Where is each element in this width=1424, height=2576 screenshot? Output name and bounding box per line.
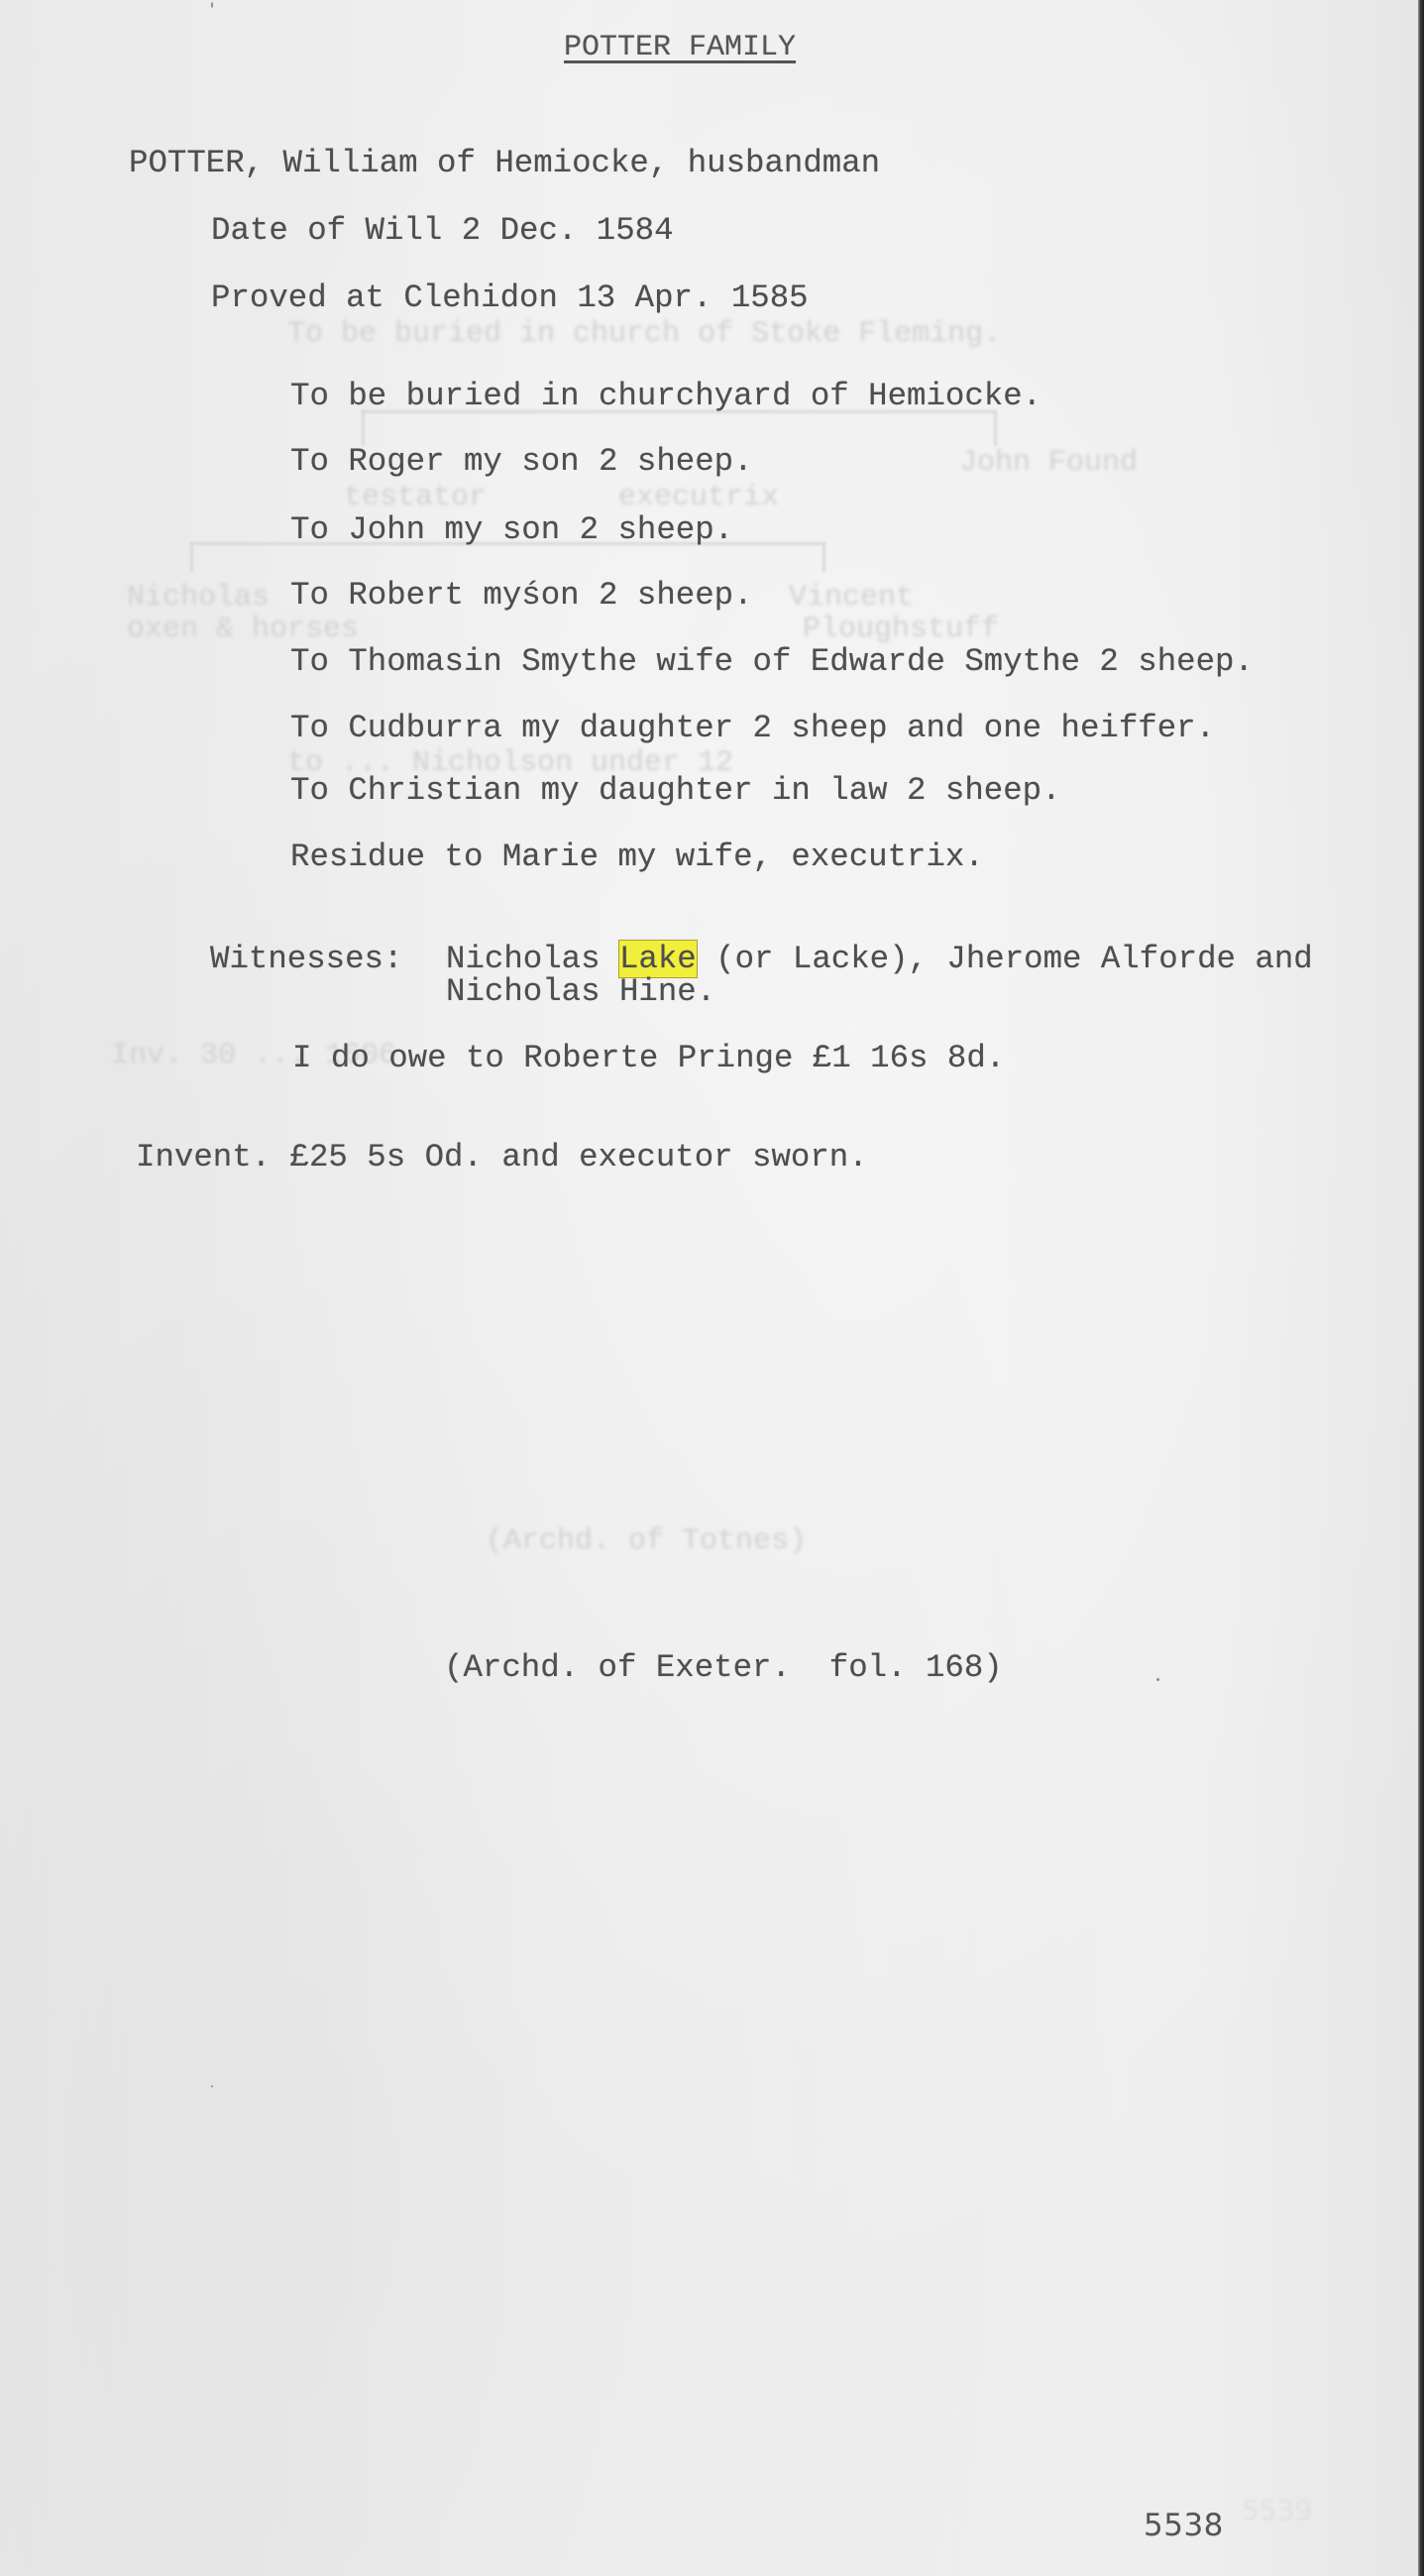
debt-line: I do owe to Roberte Pringe £1 16s 8d.: [292, 1043, 1005, 1074]
bleed-through-rule: [362, 410, 365, 446]
bleed-through-text: John Found: [959, 448, 1138, 478]
bleed-through-text: Vincent: [789, 583, 914, 613]
inventory-line: Invent. £25 5s Od. and executor sworn.: [136, 1142, 868, 1174]
bleed-through-text: executrix: [618, 483, 779, 512]
paper-speck: [211, 2, 213, 8]
bleed-through-text: Nicholas: [127, 583, 270, 613]
bleed-through-text: Ploughstuff: [803, 615, 999, 644]
paper-speck: [1156, 1678, 1159, 1681]
entry-heading: POTTER, William of Hemiocke, husbandman: [129, 148, 880, 179]
bleed-through-text: To be buried in church of Stoke Fleming.: [287, 319, 1001, 349]
bleed-through-page-number: 5539: [1242, 2494, 1312, 2526]
bequest-burial: To be buried in churchyard of Hemiocke.: [290, 381, 1041, 412]
bleed-through-rule: [190, 542, 193, 572]
source-reference: (Archd. of Exeter. fol. 168): [444, 1652, 1003, 1684]
bequest-robert: To Robert myśon 2 sheep.: [290, 580, 753, 612]
proved-line: Proved at Clehidon 13 Apr. 1585: [211, 282, 809, 314]
residue-executrix: Residue to Marie my wife, executrix.: [290, 841, 984, 873]
bleed-through-text: testator: [344, 483, 487, 512]
bleed-through-rule: [822, 542, 825, 572]
bleed-through-text: oxen & horses: [127, 615, 359, 644]
paper-speck: [211, 2085, 213, 2087]
highlighted-word-lake[interactable]: Lake: [619, 941, 697, 977]
page-edge: [1418, 0, 1424, 2576]
date-of-will: Date of Will 2 Dec. 1584: [211, 215, 674, 247]
witnesses-label: Witnesses:: [210, 944, 402, 975]
witnesses-line-2: Nicholas Hine.: [446, 976, 715, 1008]
page-title: POTTER FAMILY: [564, 33, 796, 62]
witness-name-text: Nicholas: [446, 941, 619, 977]
bequest-john: To John my son 2 sheep.: [290, 514, 733, 546]
page-number: 5538: [1144, 2508, 1224, 2543]
bequest-christian: To Christian my daughter in law 2 sheep.: [290, 775, 1061, 807]
witness-name-text: (or Lacke), Jherome Alforde and: [697, 941, 1313, 977]
witnesses-line-1: Nicholas Lake (or Lacke), Jherome Alford…: [446, 944, 1313, 975]
bequest-cudburra: To Cudburra my daughter 2 sheep and one …: [290, 713, 1215, 744]
bleed-through-rule: [994, 410, 997, 446]
bequest-roger: To Roger my son 2 sheep.: [290, 446, 753, 478]
bequest-thomasin: To Thomasin Smythe wife of Edwarde Smyth…: [290, 646, 1254, 678]
bleed-through-text: (Archd. of Totnes): [486, 1526, 807, 1556]
